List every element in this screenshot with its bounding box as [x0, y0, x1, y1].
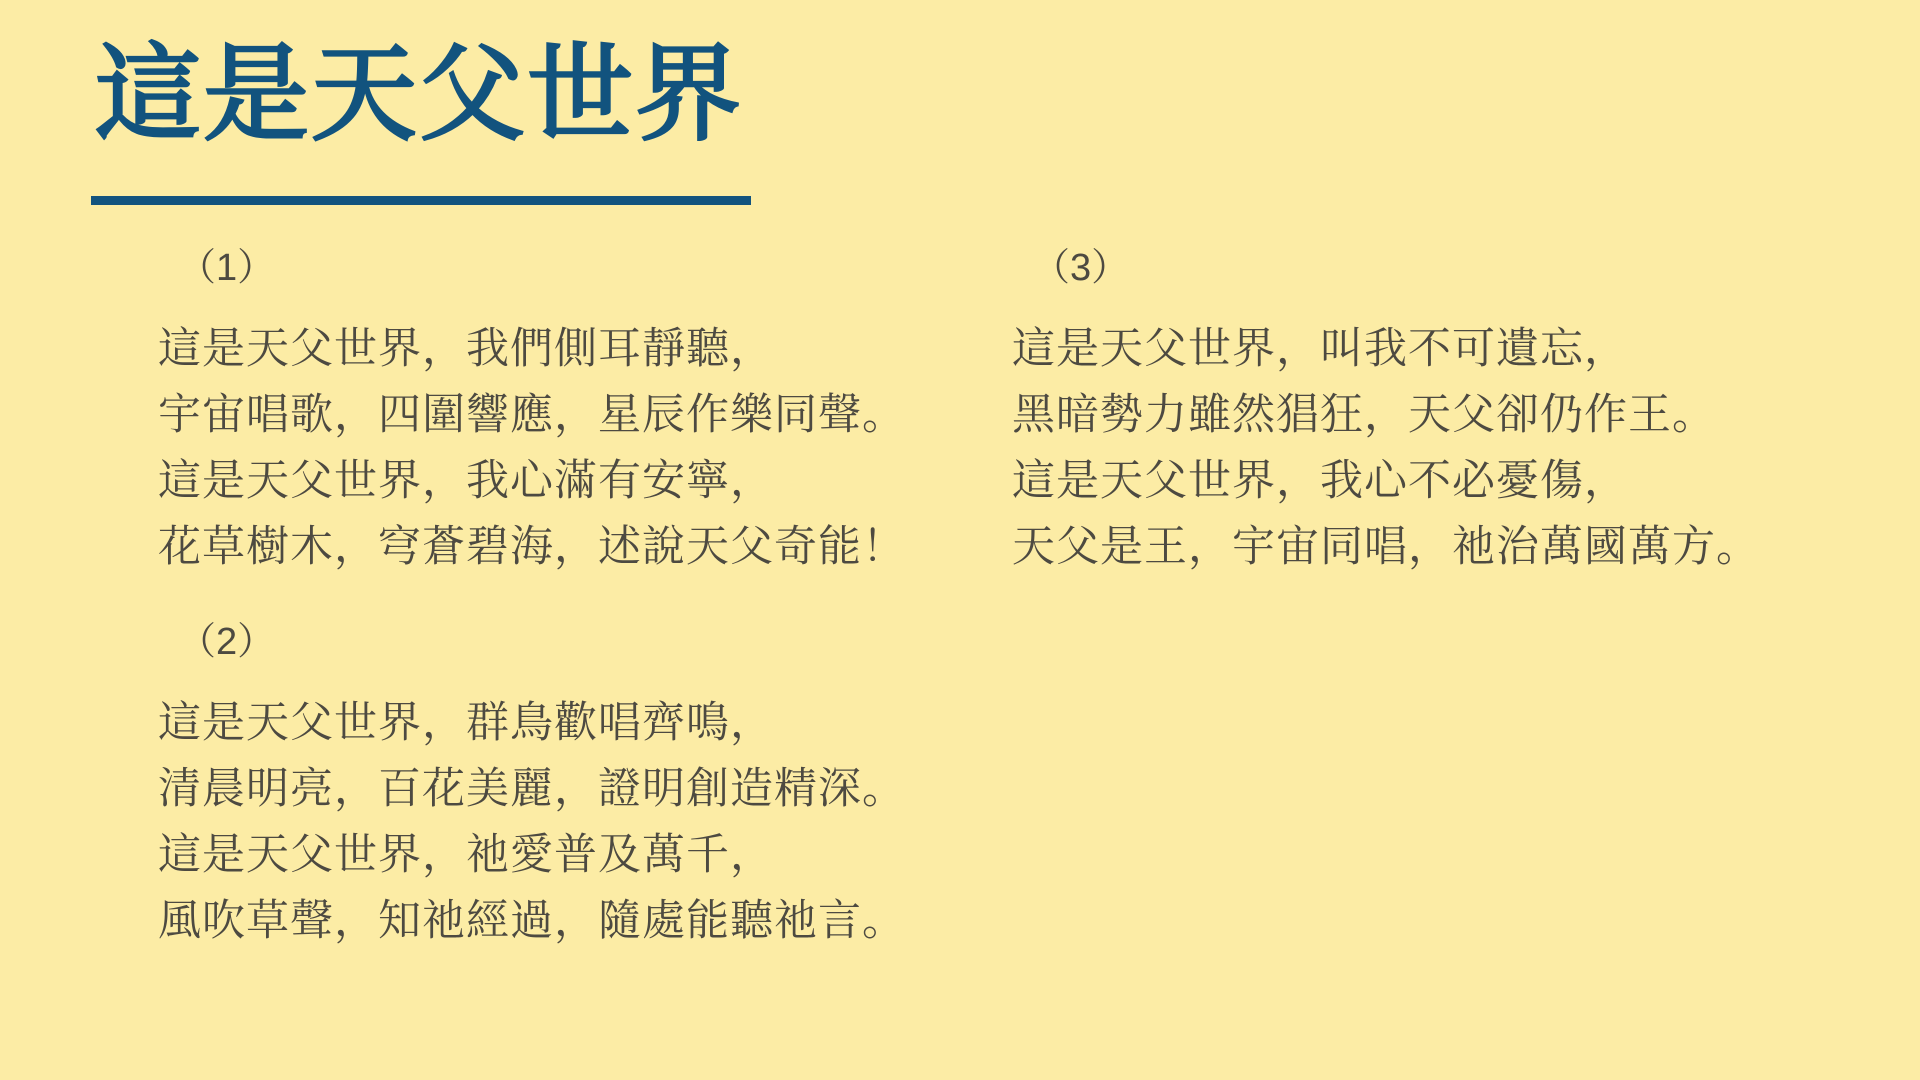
lyric-line: 風吹草聲，知祂經過，隨處能聽祂言。	[158, 888, 918, 954]
lyric-line: 這是天父世界，我心不必憂傷，	[1012, 448, 1812, 514]
verse-3: （3） 這是天父世界，叫我不可遺忘， 黑暗勢力雖然猖狂，天父卻仍作王。 這是天父…	[1012, 244, 1812, 580]
left-column: （1） 這是天父世界，我們側耳靜聽， 宇宙唱歌，四圍響應，星辰作樂同聲。 這是天…	[158, 244, 918, 954]
lyric-line: 這是天父世界，我們側耳靜聽，	[158, 316, 918, 382]
verse-label: （2）	[158, 618, 918, 666]
title-underline	[91, 196, 751, 205]
lyric-line: 這是天父世界，祂愛普及萬千，	[158, 822, 918, 888]
lyric-line: 這是天父世界，我心滿有安寧，	[158, 448, 918, 514]
verse-1: （1） 這是天父世界，我們側耳靜聽， 宇宙唱歌，四圍響應，星辰作樂同聲。 這是天…	[158, 244, 918, 580]
verse-2: （2） 這是天父世界，群鳥歡唱齊鳴， 清晨明亮，百花美麗，證明創造精深。 這是天…	[158, 618, 918, 954]
verse-label: （1）	[158, 244, 918, 292]
right-column: （3） 這是天父世界，叫我不可遺忘， 黑暗勢力雖然猖狂，天父卻仍作王。 這是天父…	[1012, 244, 1812, 580]
page-title: 這是天父世界	[95, 30, 751, 160]
lyric-line: 天父是王，宇宙同唱，祂治萬國萬方。	[1012, 514, 1812, 580]
lyric-line: 花草樹木，穹蒼碧海，述說天父奇能！	[158, 514, 918, 580]
lyrics-slide: 這是天父世界 （1） 這是天父世界，我們側耳靜聽， 宇宙唱歌，四圍響應，星辰作樂…	[0, 0, 1920, 1080]
lyric-line: 黑暗勢力雖然猖狂，天父卻仍作王。	[1012, 382, 1812, 448]
lyric-line: 這是天父世界，群鳥歡唱齊鳴，	[158, 690, 918, 756]
verse-label: （3）	[1012, 244, 1812, 292]
lyric-line: 這是天父世界，叫我不可遺忘，	[1012, 316, 1812, 382]
lyric-line: 清晨明亮，百花美麗，證明創造精深。	[158, 756, 918, 822]
slide-header: 這是天父世界	[95, 30, 751, 205]
lyric-line: 宇宙唱歌，四圍響應，星辰作樂同聲。	[158, 382, 918, 448]
